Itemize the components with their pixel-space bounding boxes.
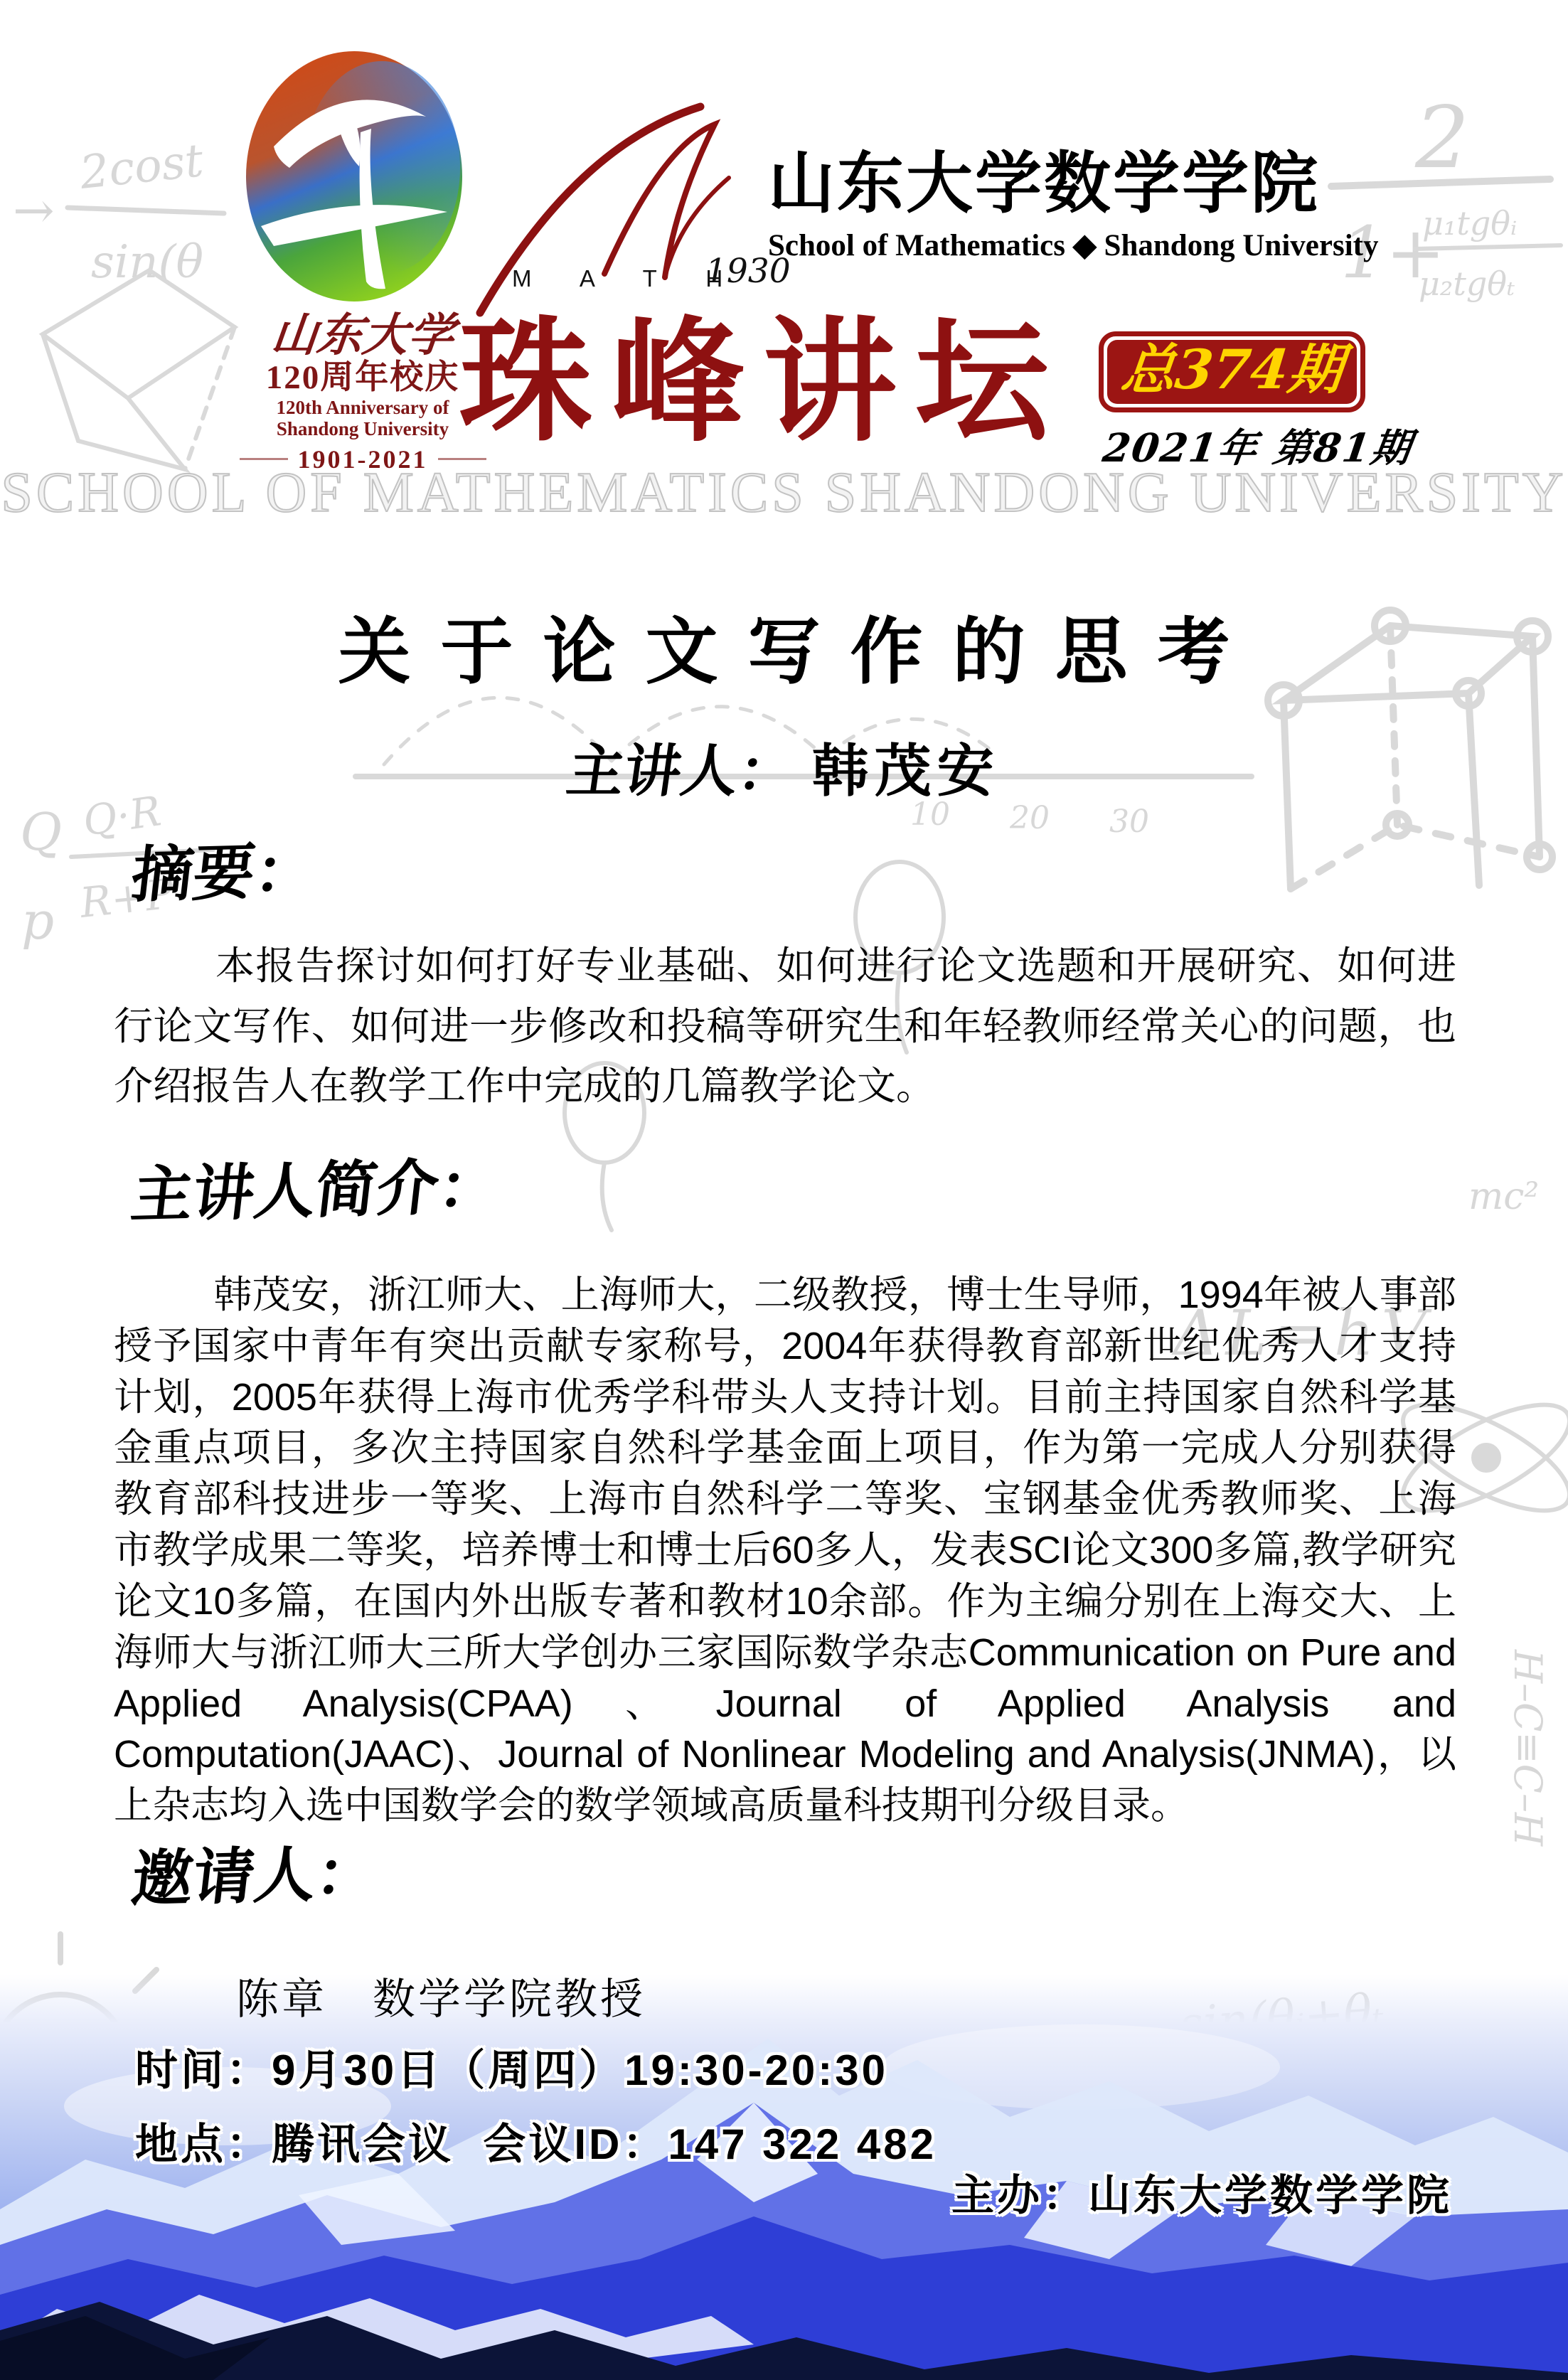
- doodle-frac2-sub-den: μ₂tgθₜ: [1419, 265, 1515, 303]
- school-oval-logo: [240, 47, 469, 306]
- lecture-poster: → 2cost sin(θ 2 1+ μ₁tgθᵢ μ₂tgθₜ Q Q·R R…: [0, 0, 1568, 2380]
- issue-badge: 总374期: [1099, 331, 1365, 412]
- school-name-cn: 山东大学数学学院: [768, 151, 1330, 218]
- doodle-frac1-num: 2cost: [77, 134, 206, 200]
- doodle-arrow: →: [13, 181, 55, 240]
- doodle-p: p: [21, 891, 54, 951]
- inviter-heading: 邀请人：: [129, 1843, 381, 1911]
- bio-body: 韩茂安，浙江师大、上海师大，二级教授，博士生导师，1994年被人事部授予国家中青…: [114, 1270, 1456, 1832]
- time-line: 时间：9月30日（周四）19:30-20:30: [135, 2037, 888, 2098]
- doodle-frac2-num: 2: [1414, 89, 1469, 188]
- issue-badge-text: 总374期: [1119, 343, 1345, 397]
- doodle-mc2: mc²: [1468, 1175, 1539, 1218]
- anniversary-years: 1901-2021: [298, 444, 428, 474]
- doodle-frac2-sub-num: μ₁tgθᵢ: [1422, 204, 1517, 242]
- doodle-numberline-30: 30: [1109, 804, 1149, 840]
- speaker-line: 主讲人： 韩茂安: [0, 725, 1568, 807]
- anniversary-calligraphy: 山东大学: [270, 313, 457, 358]
- school-name-en: School of Mathematics ◆ Shandong Univers…: [768, 228, 1330, 263]
- inviter-value: 陈章 数学学院教授: [236, 1965, 646, 2027]
- abstract-body: 本报告探讨如何打好专业基础、如何进行论文选题和开展研究、如何进行论文写作、如何进…: [114, 936, 1456, 1116]
- issue-year-line: 2021年 第81期: [1099, 417, 1416, 473]
- doodle-q: Q: [20, 802, 62, 862]
- forum-title: 珠峰讲坛: [459, 311, 1067, 452]
- doodle-frac1-den: sin(θ: [91, 236, 203, 289]
- doodle-chem: H–C≡C–H: [1505, 1649, 1550, 1847]
- lecture-title: 关于论文写作的思考: [0, 594, 1568, 698]
- bio-heading: 主讲人简介：: [128, 1156, 503, 1226]
- speaker-name: 韩茂安: [812, 740, 1000, 803]
- school-name-block: 山东大学数学学院 School of Mathematics ◆ Shandon…: [768, 151, 1330, 263]
- doodle-prism: [43, 270, 235, 469]
- math-swoosh-logo: M A T H 1930: [462, 96, 789, 331]
- abstract-heading: 摘要：: [129, 841, 320, 907]
- speaker-label: 主讲人：: [562, 725, 801, 807]
- host-line: 主办：山东大学数学学院: [951, 2162, 1452, 2223]
- venue-line: 地点：腾讯会议 会议ID：147 322 482: [135, 2110, 937, 2172]
- issue-badge-inner: 总374期: [1107, 340, 1357, 404]
- dash-line: [240, 458, 288, 460]
